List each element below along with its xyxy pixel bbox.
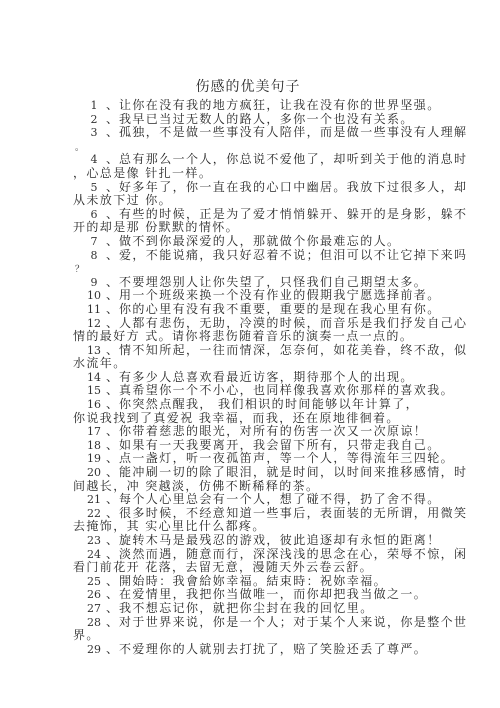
list-item: 21、每个人心里总会有一个人，想了碰不得，扔了舍不得。 [73, 493, 418, 507]
item-text-continued: 界。 [73, 628, 100, 642]
item-separator: 、 [105, 99, 119, 113]
item-separator: 、 [105, 493, 119, 507]
item-text: 淡然而遇，随意而行，深深浅浅的思念在心，荣辱不惊，闲 [119, 547, 467, 561]
item-text: 我早已当过无数人的路人，多你一个也没有关系。 [119, 112, 414, 126]
item-number: 1 [83, 99, 105, 113]
item-text: 有些的时候，正是为了爱才悄悄躲开、躲开的是身影，躲不 [119, 207, 467, 221]
item-number: 17 [83, 425, 105, 439]
item-number: 9 [83, 276, 105, 290]
item-separator: 、 [105, 452, 119, 466]
item-number: 21 [83, 493, 105, 507]
list-item: 16、你突然点醒我， 我们相识的时间能够以年计算了， [73, 398, 418, 412]
item-separator: 、 [105, 466, 119, 480]
item-number: 26 [83, 588, 105, 602]
item-text: 旋转木马是最残忍的游戏，彼此追逐却有永恒的距离！ [119, 533, 441, 547]
item-separator: 、 [105, 588, 119, 602]
item-separator: 、 [105, 602, 119, 616]
item-number: 27 [83, 602, 105, 616]
item-separator: 、 [105, 425, 119, 439]
list-item: 7、做不到你最深爱的人，那就做个你最难忘的人。 [73, 235, 418, 249]
item-separator: 、 [105, 384, 119, 398]
item-text-continued: ，心总是像 针扎一样。 [73, 166, 212, 180]
item-number: 28 [83, 616, 105, 630]
item-number: 8 [83, 249, 105, 263]
list-item-continuation: ？ [73, 262, 418, 276]
list-item-continuation: 水流年。 [73, 357, 418, 371]
item-text: 情不知所起，一往而情深，怎奈何，如花美眷，终不敌，似 [119, 343, 467, 357]
sentence-list: 1、让你在没有我的地方疯狂，让我在没有你的世界坚强。2、我早已当过无数人的路人，… [73, 99, 418, 656]
item-text-continued: 从未放下过 你。 [73, 193, 172, 207]
item-number: 18 [83, 439, 105, 453]
item-text: 做不到你最深爱的人，那就做个你最难忘的人。 [119, 234, 400, 248]
item-text: 好多年了，你一直在我的心口中幽居。我放下过很多人，却 [119, 180, 467, 194]
list-item-continuation: 从未放下过 你。 [73, 194, 418, 208]
item-separator: 、 [105, 303, 119, 317]
item-number: 7 [83, 235, 105, 249]
item-text: 爱，不能说痛，我只好忍着不说；但泪可以不让它掉下来吗 [119, 248, 467, 262]
item-text: 对于世界来说，你是一个人；对于某个人来说，你是整个世 [119, 615, 467, 629]
item-number: 15 [83, 384, 105, 398]
item-text: 用一个班级来换一个没有作业的假期我宁愿选择前者。 [119, 288, 441, 302]
item-text: 很多时候，不经意知道一些事后，表面装的无所谓，用微笑 [119, 506, 467, 520]
list-item: 3、孤独，不是做一些事没有人陪伴，而是做一些事没有人理解 [73, 126, 418, 140]
item-number: 19 [83, 452, 105, 466]
list-item: 10、用一个班级来换一个没有作业的假期我宁愿选择前者。 [73, 289, 418, 303]
item-text: 真希望你一个不小心，也同样像我喜欢你那样的喜欢我。 [119, 383, 454, 397]
item-text: 点一盏灯，听一夜孤笛声，等一个人，等得流年三四轮。 [119, 451, 454, 465]
item-separator: 、 [105, 398, 119, 412]
list-item-continuation: ，心总是像 针扎一样。 [73, 167, 418, 181]
item-text: 你的心里有没有我不重要，重要的是现在我心里有你。 [119, 302, 441, 316]
item-number: 25 [83, 575, 105, 589]
item-text-continued: 水流年。 [73, 356, 127, 370]
item-number: 23 [83, 534, 105, 548]
list-item-continuation: 界。 [73, 629, 418, 643]
list-item: 4、总有那么一个人，你总说不爱他了，却听到关于他的消息时 [73, 153, 418, 167]
item-number: 14 [83, 371, 105, 385]
list-item: 27、我不想忘记你，就把你尘封在我的回忆里。 [73, 602, 418, 616]
item-separator: 、 [105, 235, 119, 249]
item-separator: 、 [105, 113, 119, 127]
item-separator: 、 [105, 439, 119, 453]
item-number: 10 [83, 289, 105, 303]
item-text: 我不想忘记你，就把你尘封在我的回忆里。 [119, 601, 374, 615]
item-text: 让你在没有我的地方疯狂，让我在没有你的世界坚强。 [119, 98, 441, 112]
item-text-continued: 去掩饰，其 实心里比什么都疼。 [73, 519, 266, 533]
item-text-continued: ？ [73, 265, 85, 275]
item-text-continued: 开的却是那 份默默的情怀。 [73, 220, 239, 234]
list-item: 11、你的心里有没有我不重要，重要的是现在我心里有你。 [73, 303, 418, 317]
list-item: 8、爱，不能说痛，我只好忍着不说；但泪可以不让它掉下来吗 [73, 249, 418, 263]
item-text: 不要埋怨别人让你失望了，只怪我们自己期望太多。 [119, 275, 427, 289]
item-text: 如果有一天我要离开，我会留下所有，只带走我自己。 [119, 438, 441, 452]
item-number: 4 [83, 153, 105, 167]
item-text: 总有那么一个人，你总说不爱他了，却听到关于他的消息时 [119, 152, 467, 166]
item-text: 你突然点醒我， 我们相识的时间能够以年计算了， [119, 397, 419, 411]
item-separator: 、 [105, 534, 119, 548]
item-text-continued: 间越长，冲 突越淡，仿佛不断稀释的茶。 [73, 479, 319, 493]
item-separator: 、 [105, 371, 119, 385]
item-separator: 、 [105, 153, 119, 167]
item-text-continued: 看门前花开 花落，去留无意，漫随天外云卷云舒。 [73, 560, 373, 574]
item-text: 不爱理你的人就别去打扰了，赔了笑脸还丢了尊严。 [119, 642, 427, 656]
item-text-continued: 。 [73, 143, 85, 153]
document-title: 伤感的优美句子 [0, 76, 496, 96]
item-text: 你带着慈悲的眼光，对所有的伤害一次又一次原谅！ [119, 424, 427, 438]
item-number: 29 [83, 643, 105, 657]
list-item: 20、能冲刷一切的除了眼泪，就是时间，以时间来推移感情，时 [73, 466, 418, 480]
item-text: 孤独，不是做一些事没有人陪伴，而是做一些事没有人理解 [119, 125, 467, 139]
list-item-continuation: 看门前花开 花落，去留无意，漫随天外云卷云舒。 [73, 561, 418, 575]
item-text-continued: 情的最好方 式。请你将悲伤随着音乐的演奏一点一点的。 [73, 329, 413, 343]
item-number: 11 [83, 303, 105, 317]
list-item: 19、点一盏灯，听一夜孤笛声，等一个人，等得流年三四轮。 [73, 452, 418, 466]
document-page: 伤感的优美句子 1、让你在没有我的地方疯狂，让我在没有你的世界坚强。2、我早已当… [0, 0, 500, 708]
item-text: 人都有悲伤，无助，冷漠的时候，而音乐是我们抒发自己心 [119, 316, 467, 330]
item-number: 3 [83, 126, 105, 140]
item-number: 20 [83, 466, 105, 480]
list-item-continuation: 去掩饰，其 实心里比什么都疼。 [73, 520, 418, 534]
list-item: 28、对于世界来说，你是一个人；对于某个人来说，你是整个世 [73, 616, 418, 630]
list-item: 23、旋转木马是最残忍的游戏，彼此追逐却有永恒的距离！ [73, 534, 418, 548]
list-item-continuation: 开的却是那 份默默的情怀。 [73, 221, 418, 235]
item-separator: 、 [105, 575, 119, 589]
list-item: 26、在爱情里，我把你当做唯一，而你却把我当做之一。 [73, 588, 418, 602]
item-text-continued: 你说我找到了真爱祝 我幸福，而我，还在原地徘徊着。 [73, 411, 400, 425]
list-item: 17、你带着慈悲的眼光，对所有的伤害一次又一次原谅！ [73, 425, 418, 439]
item-text: 開始時：我會給妳幸福。結束時：祝妳幸福。 [119, 574, 387, 588]
list-item: 29、不爱理你的人就别去打扰了，赔了笑脸还丢了尊严。 [73, 643, 418, 657]
item-separator: 、 [105, 126, 119, 140]
item-number: 2 [83, 113, 105, 127]
item-separator: 、 [105, 276, 119, 290]
item-text: 在爱情里，我把你当做唯一，而你却把我当做之一。 [119, 587, 427, 601]
item-separator: 、 [105, 616, 119, 630]
item-text: 每个人心里总会有一个人，想了碰不得，扔了舍不得。 [119, 492, 441, 506]
item-text: 有多少人总喜欢看最近访客，期待那个人的出现。 [119, 370, 414, 384]
item-separator: 、 [105, 289, 119, 303]
item-separator: 、 [105, 249, 119, 263]
list-item: 1、让你在没有我的地方疯狂，让我在没有你的世界坚强。 [73, 99, 418, 113]
item-number: 16 [83, 398, 105, 412]
item-separator: 、 [105, 643, 119, 657]
list-item-continuation: 情的最好方 式。请你将悲伤随着音乐的演奏一点一点的。 [73, 330, 418, 344]
item-text: 能冲刷一切的除了眼泪，就是时间，以时间来推移感情，时 [119, 465, 467, 479]
